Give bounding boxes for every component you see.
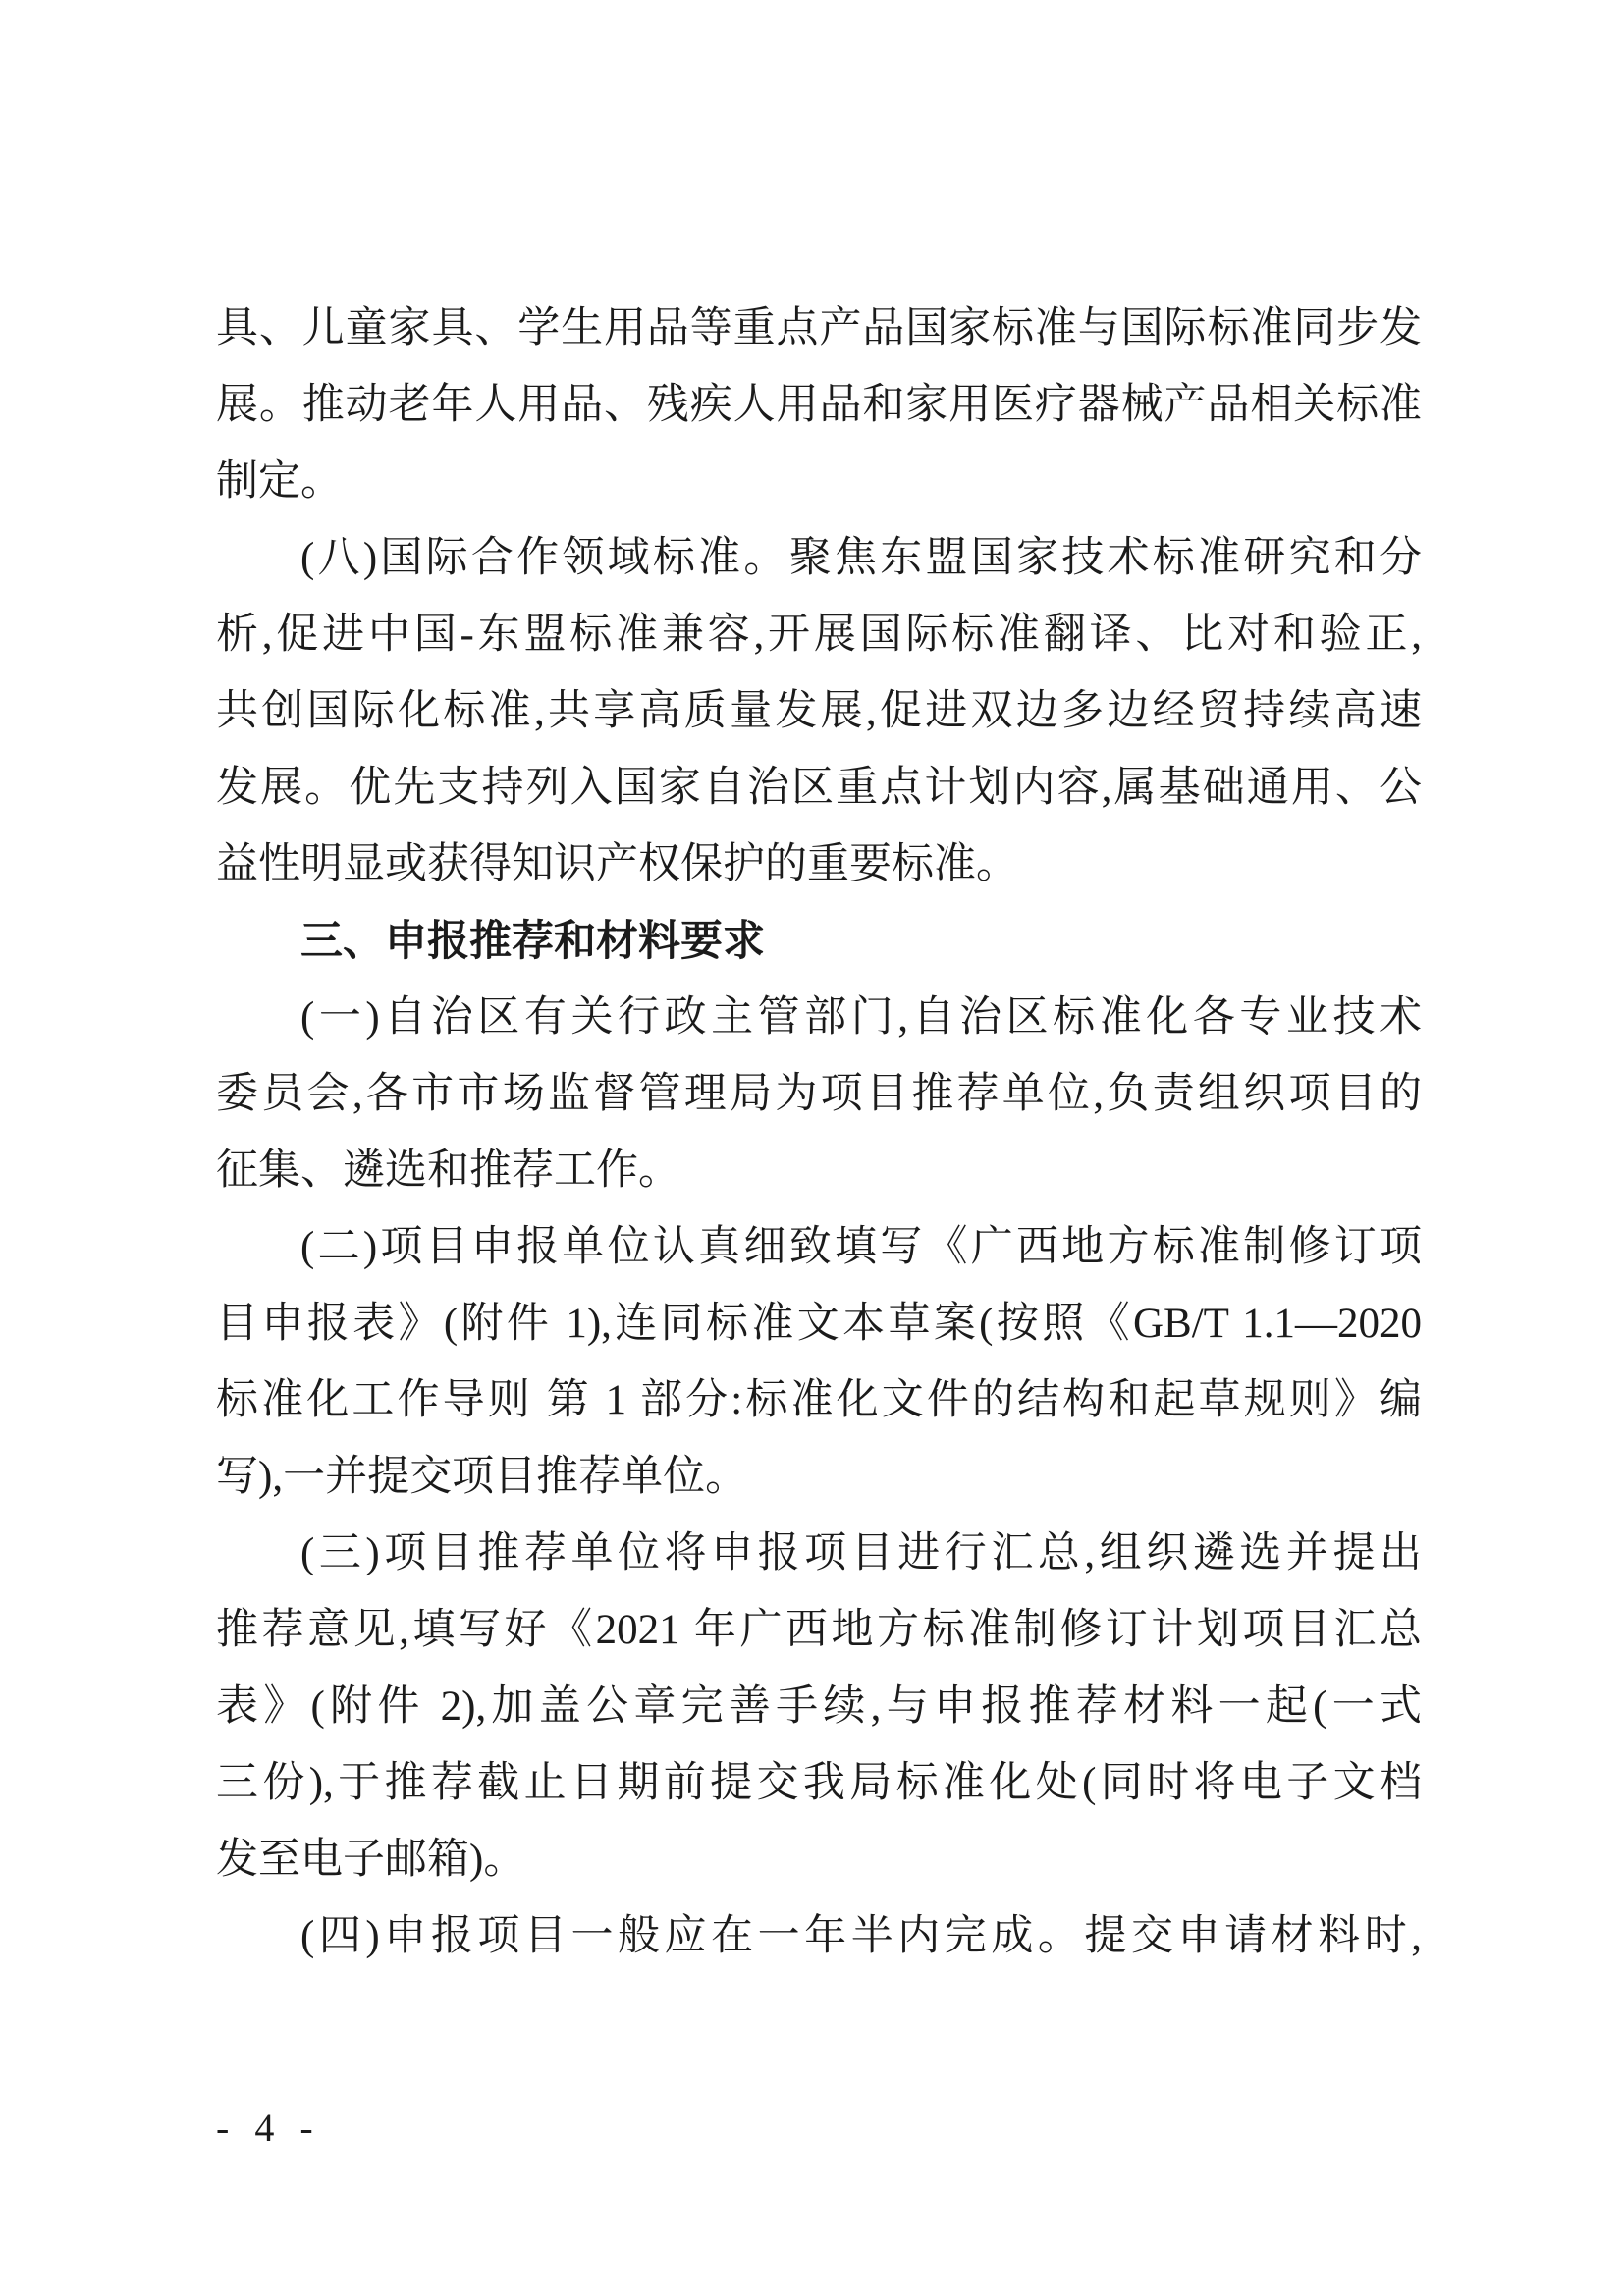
body-line: 发至电子邮箱)。 [216, 1822, 1422, 1898]
body-line: 析,促进中国-东盟标准兼容,开展国际标准翻译、比对和验正, [216, 597, 1422, 673]
body-line: (二)项目申报单位认真细致填写《广西地方标准制修订项 [216, 1209, 1422, 1286]
body-line: 征集、遴选和推荐工作。 [216, 1133, 1422, 1209]
body-line: 推荐意见,填写好《2021 年广西地方标准制修订计划项目汇总 [216, 1592, 1422, 1669]
body-line: 发展。优先支持列入国家自治区重点计划内容,属基础通用、公 [216, 750, 1422, 827]
body-line: 共创国际化标准,共享高质量发展,促进双边多边经贸持续高速 [216, 673, 1422, 750]
body-line: 目申报表》(附件 1),连同标准文本草案(按照《GB/T 1.1—2020 [216, 1286, 1422, 1362]
page-number: - 4 - [216, 2107, 321, 2150]
section-heading: 三、申报推荐和材料要求 [216, 903, 1422, 980]
document-page: 具、儿童家具、学生用品等重点产品国家标准与国际标准同步发 展。推动老年人用品、残… [0, 0, 1624, 2296]
body-line: 标准化工作导则 第 1 部分:标准化文件的结构和起草规则》编 [216, 1362, 1422, 1439]
body-line: 表》(附件 2),加盖公章完善手续,与申报推荐材料一起(一式 [216, 1669, 1422, 1745]
body-line: 益性明显或获得知识产权保护的重要标准。 [216, 827, 1422, 903]
body-line: 委员会,各市市场监督管理局为项目推荐单位,负责组织项目的 [216, 1056, 1422, 1133]
body-line: 写),一并提交项目推荐单位。 [216, 1439, 1422, 1516]
body-line: 三份),于推荐截止日期前提交我局标准化处(同时将电子文档 [216, 1745, 1422, 1822]
document-body: 具、儿童家具、学生用品等重点产品国家标准与国际标准同步发 展。推动老年人用品、残… [216, 291, 1422, 1975]
body-line: 具、儿童家具、学生用品等重点产品国家标准与国际标准同步发 [216, 291, 1422, 367]
body-line: (三)项目推荐单位将申报项目进行汇总,组织遴选并提出 [216, 1516, 1422, 1592]
body-line: (四)申报项目一般应在一年半内完成。提交申请材料时, [216, 1898, 1422, 1975]
body-line: 制定。 [216, 444, 1422, 520]
body-line: (八)国际合作领域标准。聚焦东盟国家技术标准研究和分 [216, 520, 1422, 597]
body-line: 展。推动老年人用品、残疾人用品和家用医疗器械产品相关标准 [216, 367, 1422, 444]
body-line: (一)自治区有关行政主管部门,自治区标准化各专业技术 [216, 980, 1422, 1056]
